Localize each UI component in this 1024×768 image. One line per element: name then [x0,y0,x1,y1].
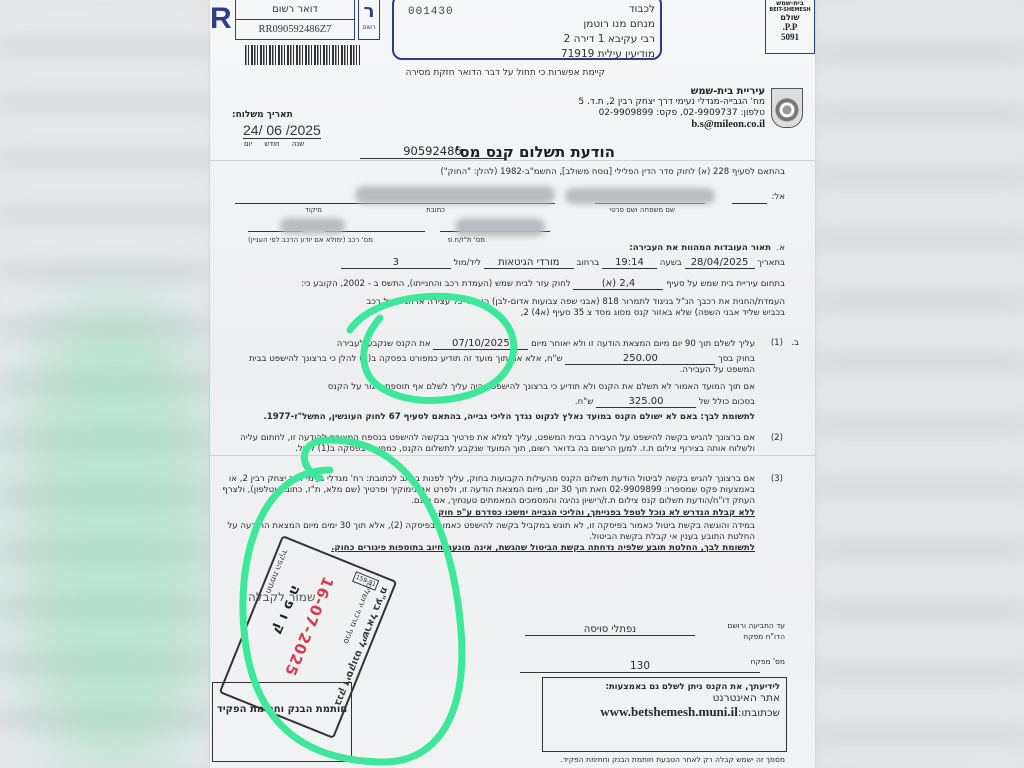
send-date: 24/ 06 /2025 [243,122,321,139]
to-label: אל: [771,192,785,203]
send-date-label: תאריך משלוח: [232,110,293,120]
bylaw-clause: 2,4 (א) [573,278,663,290]
recipient-address: לכבוד מנחם מנו רוטמן רבי עקיבא 1 דירה 2 … [561,2,655,62]
registered-mark: ר רשום [358,0,380,40]
recipient-serial: 001430 [408,6,454,18]
blurred-highlight-reflection [20,300,210,768]
delivery-note: קיימת אפשרות כי תחול על דבר הדואר חזקת מ… [406,68,605,78]
offense-date: 28/04/2025 [685,257,755,269]
cancellation-paragraph: אם ברצונך להגיש בקשה לביטול הודעת תשלום … [214,474,755,507]
section-a-heading: א. תאור העובדות המהוות את העבירה: [629,243,785,254]
cancellation-warning: ללא קבלת הנדרש לא נוכל לטפל בפנייתך, והל… [310,508,755,519]
inspector-name: נפתלי סויסה [525,624,695,636]
fine-number: 90592486 [360,144,505,159]
redacted-address [355,186,555,204]
collection-warning: לתשומת לבך: באם לא ישולם הקנס במועד נאלץ… [240,412,755,423]
redacted-name [565,188,715,204]
payment-url-link[interactable]: www.betshemesh.muni.il [600,704,738,719]
inspector-number: 130 [520,660,760,673]
redacted-id [455,218,545,236]
registered-mail-label: דואר רשום [236,0,354,20]
send-date-sub: שנה חודש יום [244,140,304,148]
bylaw-line: בתחום עיריית בית שמש על סעיף 2,4 (א) לחו… [301,278,785,290]
fine-amount-line: בחוק בסך 250.00 ש"ח, אלא אם תוך מועד זה … [240,353,755,376]
trial-request-paragraph: אם ברצונך להגיש בקשה להישפט על העבירה בב… [220,433,755,455]
registered-mail-letter: R [210,2,232,36]
redacted-vehicle [280,218,345,234]
offense-description: העמדת/החנית את רכבך הנ"ל בניגוד לתמרור 8… [365,297,785,319]
municipality-logo-icon [771,88,803,128]
witness-label: עד התביעה ורושם הדו"ח מפקח [725,620,785,642]
offense-details: בתאריך 28/04/2025 בשעה 19:14 ברחוב מורדי… [240,257,785,269]
municipality-header: עיריית בית-שמש מח' הגבייה-מגדלי נעימי דר… [578,86,765,130]
fine-notice-document: R דואר רשום RR090592486Z7 ר רשום 001430 … [210,0,815,768]
late-amount-line: בסכום כולל של 325.00 ש"ח. [575,396,755,408]
postage-paid-box: בית-שמש BEIT-SHEMESH שולם P.P. 5091 [765,0,815,54]
offense-house-number: 3 [341,257,451,269]
blurred-background-right [815,0,1024,768]
late-fine-amount: 325.00 [596,396,696,408]
receipt-footer-note: מסמך זה ישמש קבלה רק לאחר הטבעת חותמת הב… [561,755,785,764]
tracking-number: RR090592486Z7 [236,20,354,39]
law-reference: בהתאם לסעיף 228 (א) לחוק סדר הדין הפלילי… [440,167,785,177]
barcode [245,45,360,65]
fine-amount: 250.00 [565,353,715,365]
online-payment-box: לידיעתך, את הקנס ניתן לשלם גם באמצעות: א… [542,677,787,752]
pay-by-date: 07/10/2025 [433,338,528,350]
payment-deadline-line: עליך לשלם תוך 90 יום מיום המצאת הודעה זו… [240,338,755,350]
offense-time: 19:14 [602,257,657,269]
registered-mail-box: דואר רשום RR090592486Z7 [235,0,355,40]
offense-street: מורדי הגיטאות [484,257,574,269]
municipality-email: b.s@mileon.co.il [578,119,765,130]
